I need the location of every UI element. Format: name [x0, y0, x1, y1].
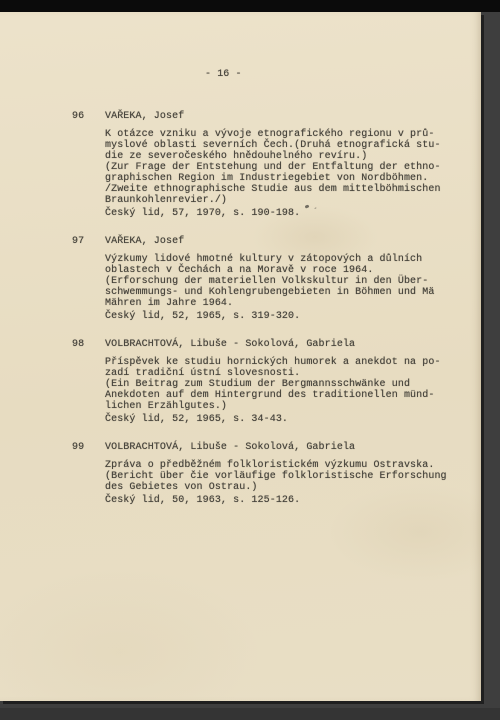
entry-number: 96	[72, 111, 105, 122]
scanned-page: - 16 - 96 VAŘEKA, Josef K otázce vzniku …	[0, 12, 481, 701]
entry-annotation: Výzkumy lidové hmotné kultury v zátopový…	[105, 254, 481, 309]
bibliography-entry-96: 96 VAŘEKA, Josef K otázce vzniku a vývoj…	[0, 111, 481, 219]
entry-author: VOLBRACHTOVÁ, Libuše - Sokolová, Gabriel…	[105, 442, 355, 453]
bibliography-entry-98: 98 VOLBRACHTOVÁ, Libuše - Sokolová, Gabr…	[0, 339, 481, 425]
page-number: - 16 -	[205, 69, 242, 80]
entry-heading: 98 VOLBRACHTOVÁ, Libuše - Sokolová, Gabr…	[72, 339, 481, 350]
entry-heading: 99 VOLBRACHTOVÁ, Libuše - Sokolová, Gabr…	[72, 442, 481, 453]
bibliography-entry-99: 99 VOLBRACHTOVÁ, Libuše - Sokolová, Gabr…	[0, 442, 481, 506]
entry-number: 99	[72, 442, 105, 453]
entry-citation: Český lid, 52, 1965, s. 319-320.	[105, 311, 481, 322]
entry-number: 98	[72, 339, 105, 350]
entry-annotation: Příspěvek ke studiu hornických humorek a…	[105, 357, 481, 412]
bibliography-entry-97: 97 VAŘEKA, Josef Výzkumy lidové hmotné k…	[0, 236, 481, 322]
entry-heading: 97 VAŘEKA, Josef	[72, 236, 481, 247]
entry-heading: 96 VAŘEKA, Josef	[72, 111, 481, 122]
entry-citation: Český lid, 50, 1963, s. 125-126.	[105, 495, 481, 506]
entry-citation: Český lid, 52, 1965, s. 34-43.	[105, 414, 481, 425]
entry-author: VAŘEKA, Josef	[105, 111, 184, 122]
scanner-top-band	[0, 0, 500, 12]
entry-annotation: Zpráva o předběžném folkloristickém výzk…	[105, 460, 481, 493]
entry-number: 97	[72, 236, 105, 247]
scanner-bottom-band	[0, 708, 500, 720]
bibliography-list: 96 VAŘEKA, Josef K otázce vzniku a vývoj…	[0, 111, 481, 506]
entry-annotation: K otázce vzniku a vývoje etnografického …	[105, 129, 481, 206]
entry-author: VAŘEKA, Josef	[105, 236, 184, 247]
entry-citation: Český lid, 57, 1970, s. 190-198.	[105, 208, 481, 219]
entry-author: VOLBRACHTOVÁ, Libuše - Sokolová, Gabriel…	[105, 339, 355, 350]
